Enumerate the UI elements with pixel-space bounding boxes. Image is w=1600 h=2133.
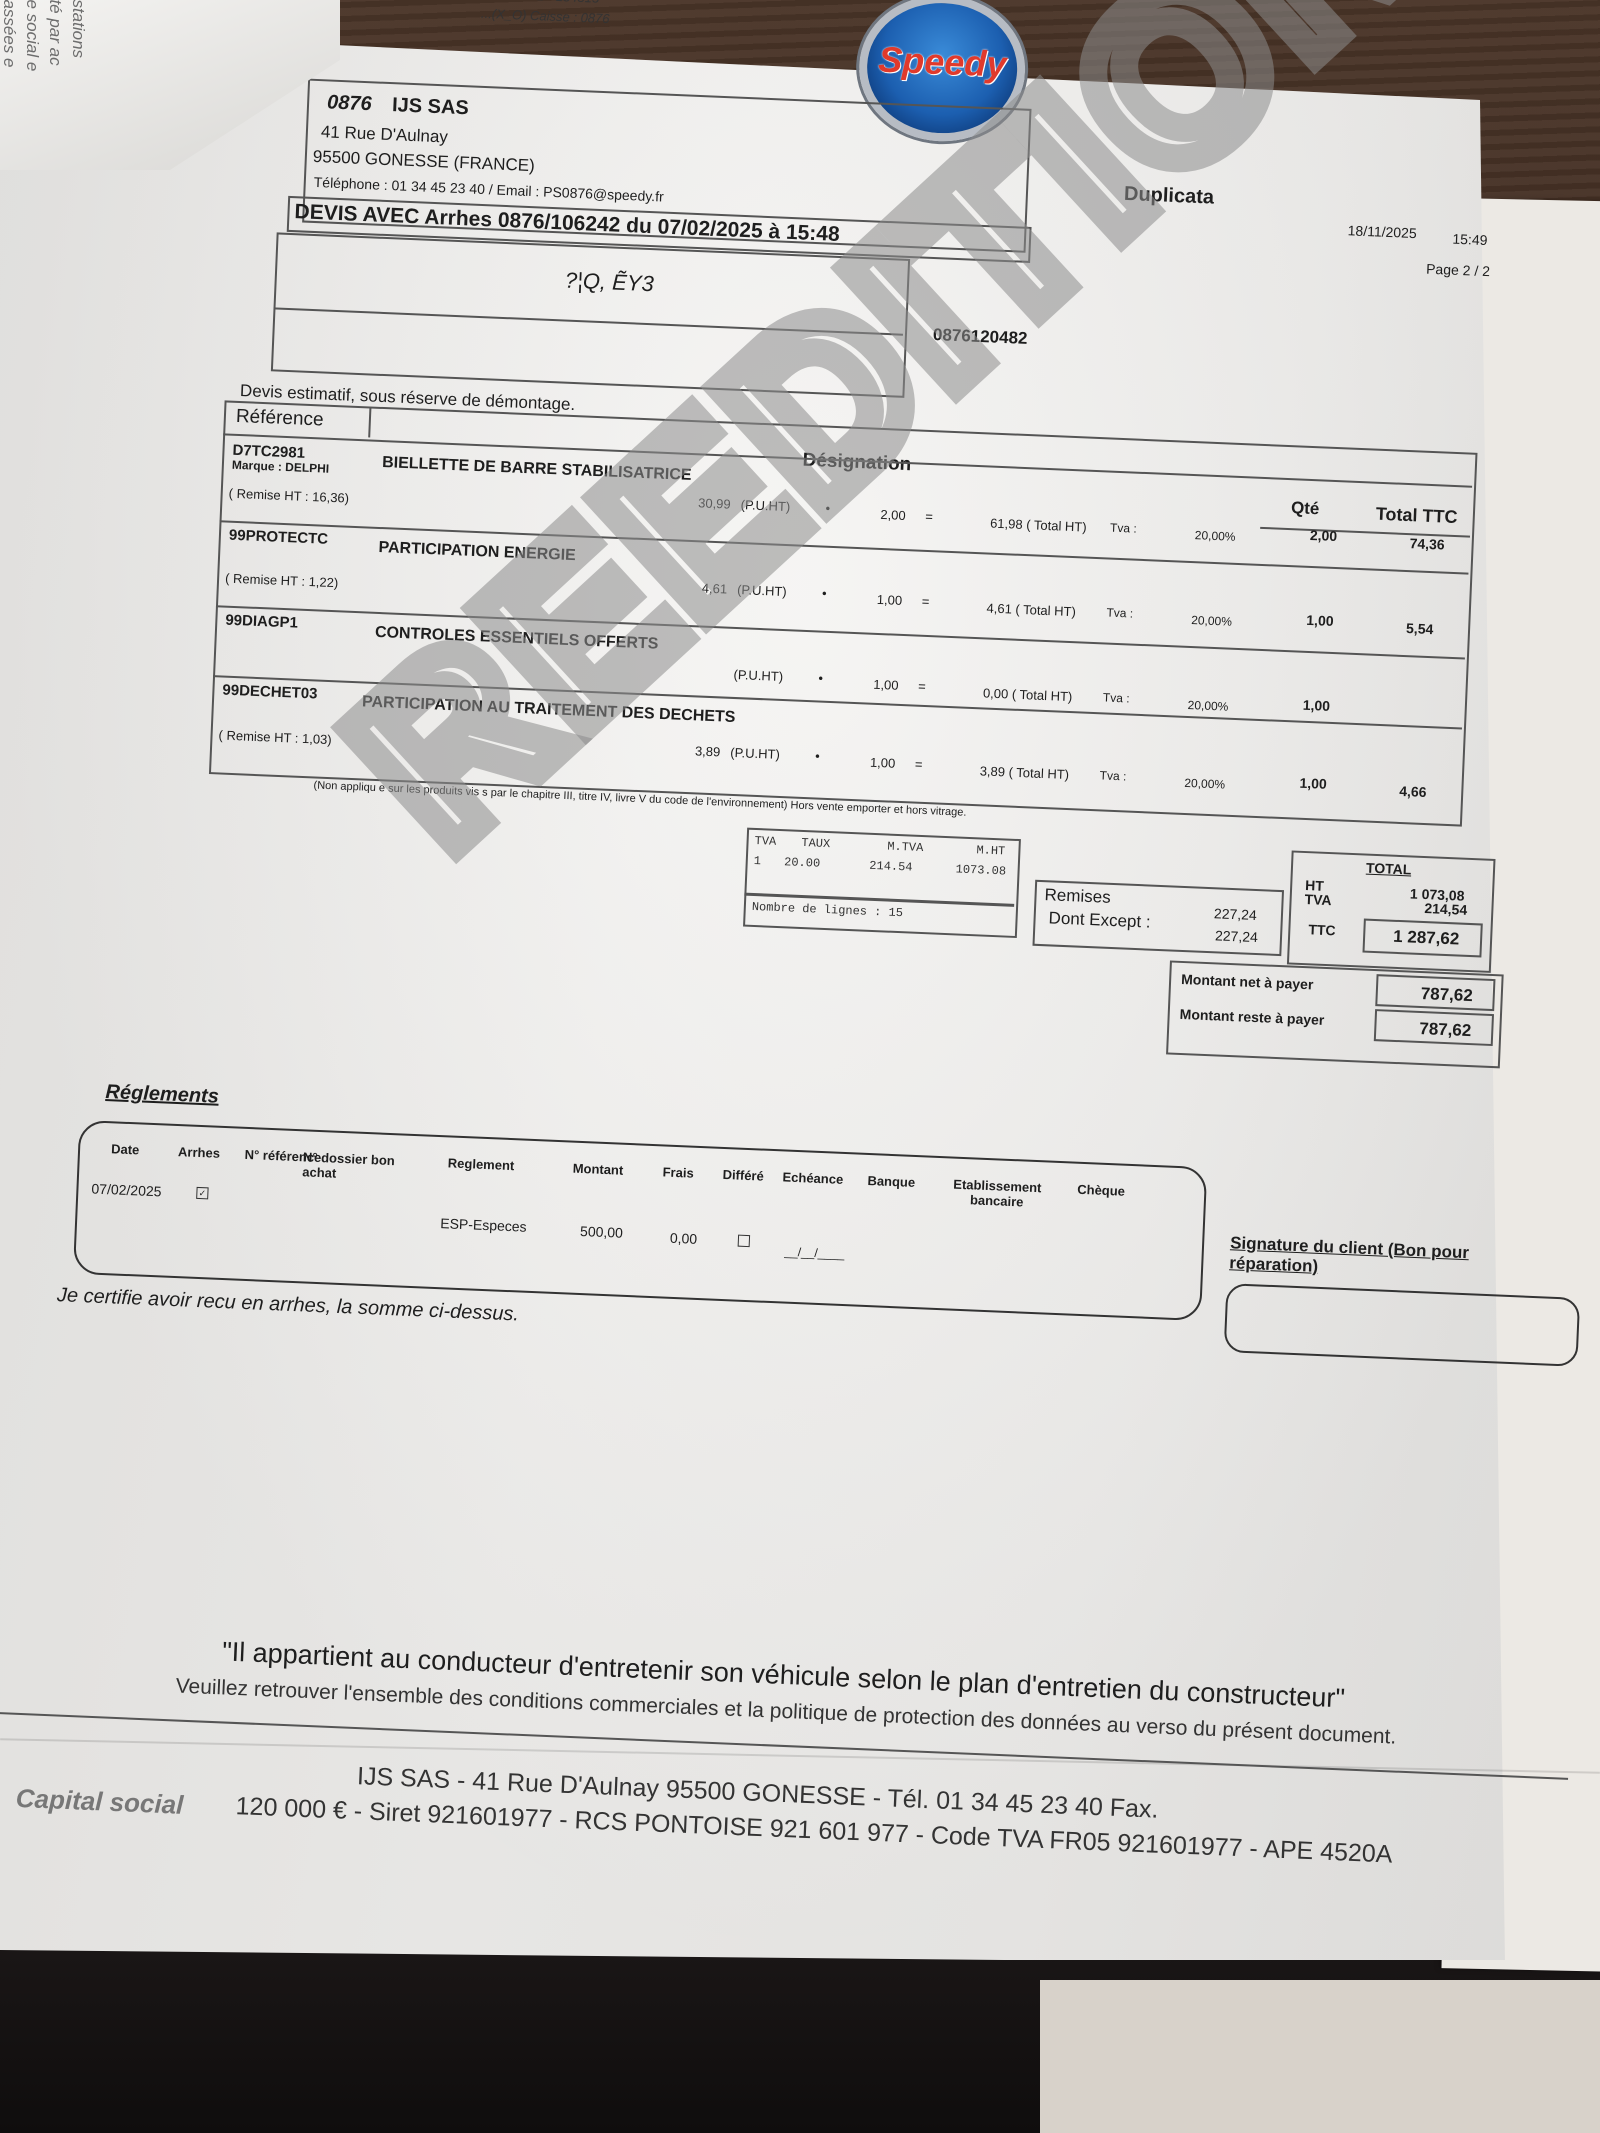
line-unit-price-label: (P.U.HT) [730,745,780,762]
ttc-total: 1 287,62 [1393,927,1460,950]
customer-name-scribble: ?¦Q, ẼY3 [564,268,654,298]
duplicate-label: Duplicata [1124,183,1215,210]
vat-row-amount: 214.54 [869,859,913,875]
payment-date: 07/02/2025 [91,1181,162,1200]
customer-box [271,232,910,397]
tva-total: 214,54 [1424,900,1467,918]
folded-text-line: ge social e [21,0,44,170]
payment-fees: 0,00 [670,1230,698,1247]
vat-header-tva: TVA [754,834,776,849]
vat-row-rate: 20.00 [784,855,821,870]
vat-header-rate: TAUX [801,836,830,851]
folded-text-line: été par ac [44,0,67,170]
certification-text: Je certifie avoir recu en arrhes, la som… [56,1284,519,1326]
line-multiply-sign: • [815,748,820,763]
line-total-ttc: 74,36 [1409,535,1445,552]
line-qty: 1,00 [1306,612,1334,629]
line-equals: = [925,509,933,524]
deferred-checkbox[interactable] [738,1235,750,1247]
document-content: ...422 - 184815 ...(X_O) Caisse : 0876 S… [0,0,1600,1993]
line-tva-rate: 20,00% [1187,698,1228,714]
line-multiplier: 1,00 [873,677,899,693]
tva-label: TVA [1304,891,1332,908]
payment-due-date: __/__/____ [784,1245,845,1262]
line-multiplier: 2,00 [880,507,906,523]
line-unit-price: 4,61 [657,579,728,597]
line-tva-label: Tva : [1110,521,1137,536]
ttc-label: TTC [1308,921,1336,938]
payments-col-header: Etablissement bancaire [941,1176,1052,1211]
remises-label: Remises [1044,885,1111,908]
line-unit-price-label: (P.U.HT) [737,582,787,599]
dont-except-value: 227,24 [1215,927,1258,945]
company-name: IJS SAS [392,94,470,120]
line-qty: 1,00 [1302,697,1330,714]
line-total-ttc: 4,66 [1399,783,1427,800]
line-equals: = [918,679,926,694]
line-multiplier: 1,00 [877,592,903,608]
line-tva-label: Tva : [1099,768,1126,783]
vat-header-amount: M.TVA [887,840,924,855]
line-unit-price-label: (P.U.HT) [733,667,783,684]
totals-title: TOTAL [1366,860,1412,878]
line-equals: = [921,594,929,609]
line-unit-price: 3,89 [650,742,721,760]
line-qty: 2,00 [1310,527,1338,544]
line-tva-label: Tva : [1103,690,1130,705]
line-reference: 99DIAGP1 [225,612,298,632]
remises-value: 227,24 [1214,905,1257,923]
folded-text-line: estations [67,0,90,170]
terminal-id: ...422 - 184815 [512,0,600,6]
line-total-ttc: 5,54 [1406,620,1434,637]
folded-text-line: passées e [0,0,21,170]
line-unit-price: 30,99 [660,494,731,512]
col-reference: Référence [235,406,324,432]
payments-col-header: N° dossier bon achat [302,1149,413,1184]
print-date: 18/11/2025 [1347,222,1417,241]
signature-label: Signature du client (Bon pour réparation… [1229,1233,1530,1286]
capital-label: Capital social [15,1783,184,1821]
line-multiply-sign: • [818,670,823,685]
store-code: 0876 [327,91,372,116]
line-multiply-sign: • [822,586,827,601]
vat-row-ht: 1073.08 [955,862,1006,878]
line-tva-label: Tva : [1106,606,1133,621]
col-qty: Qté [1291,498,1320,519]
line-qty: 1,00 [1299,775,1327,792]
line-tva-rate: 20,00% [1191,613,1232,629]
col-total-ttc: Total TTC [1375,504,1457,528]
folded-page-text: estationsété par acge social epassées er… [0,0,90,170]
signature-field[interactable] [1224,1283,1581,1367]
net-to-pay-value: 787,62 [1420,984,1473,1006]
register-id: ...(X_O) Caisse : 0876 [481,6,610,26]
line-multiplier: 1,00 [870,755,896,771]
customer-number: 0876120482 [933,325,1028,349]
line-unit-price-label: (P.U.HT) [740,497,790,514]
page-number: Page 2 / 2 [1426,261,1490,280]
line-tva-rate: 20,00% [1184,776,1225,792]
line-tva-rate: 20,00% [1195,528,1236,544]
remaining-value: 787,62 [1419,1019,1472,1041]
brand-name: Speedy [847,37,1039,87]
payments-title: Réglements [105,1081,219,1109]
dont-except-label: Dont Except : [1048,908,1151,932]
arrhes-checkbox[interactable]: ✓ [196,1187,208,1199]
vat-header-ht: M.HT [976,843,1005,858]
print-time: 15:49 [1452,231,1488,248]
vat-row-index: 1 [753,854,761,868]
payment-amount: 500,00 [580,1223,623,1241]
line-equals: = [915,757,923,772]
floor [1040,1980,1600,2133]
line-multiply-sign: • [825,501,830,516]
